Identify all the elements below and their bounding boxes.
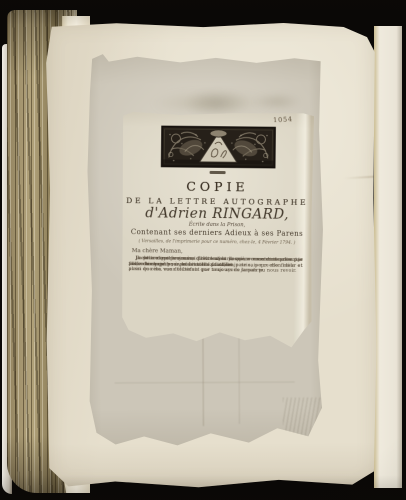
salutation: Ma chère Maman,: [132, 248, 183, 255]
woodcut-vignette-icon: [121, 125, 315, 169]
imprint-line: ( Versailles, de l'imprimerie pour ce nu…: [120, 238, 314, 245]
sheet-stain: [245, 91, 309, 111]
letter-body: La lettre que je vous ai écrite n'est pa…: [129, 256, 303, 258]
document-title: COPIE: [120, 178, 314, 195]
printer-mark: [210, 171, 226, 174]
printed-letter-document: 1054: [119, 110, 315, 350]
page-number: 1054: [273, 115, 293, 124]
photograph-of-album-page: 1054: [0, 0, 406, 500]
underlying-page-edge: [374, 26, 402, 488]
letter-paragraph: Je prie ma chère mère d'être avec le mie…: [129, 256, 303, 274]
fold-line: [238, 328, 240, 424]
fold-line: [115, 382, 295, 384]
subject-line: Contenant ses derniers Adieux à ses Pare…: [120, 228, 314, 238]
